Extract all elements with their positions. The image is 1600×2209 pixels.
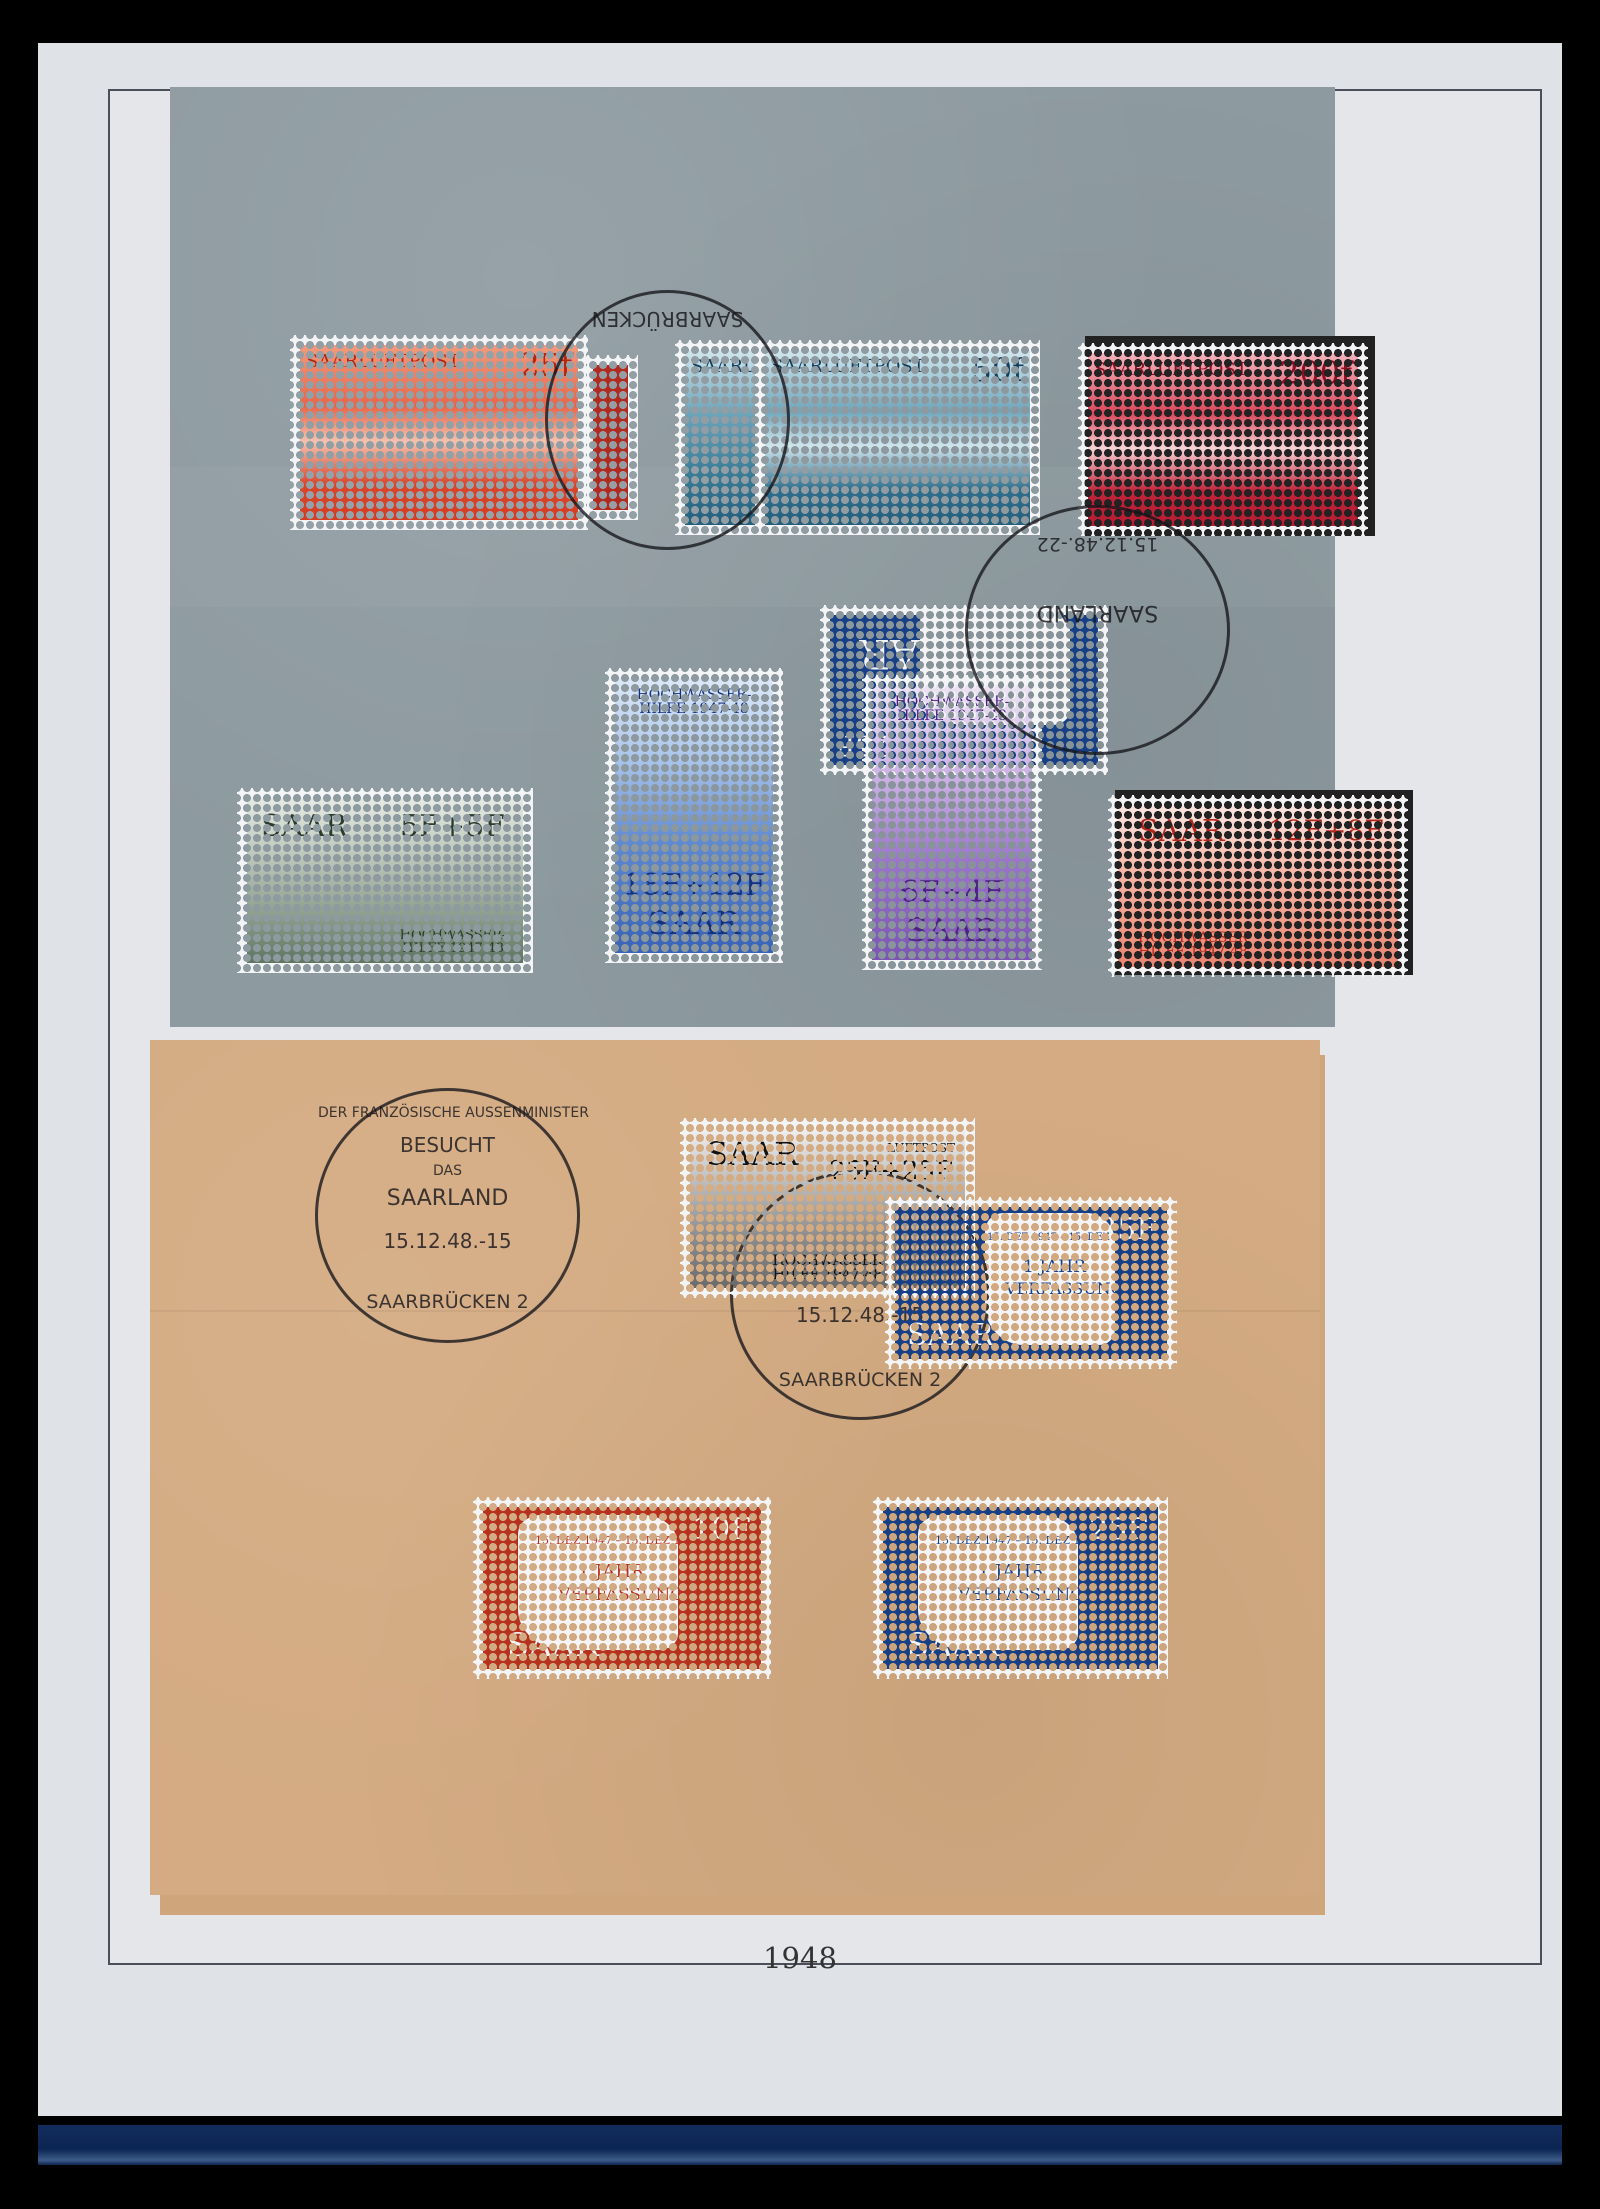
- page-year-label: 1948: [38, 1941, 1562, 1975]
- stamp-airmail-25f[interactable]: SAARLUFTPOST 25f: [290, 335, 588, 530]
- stamp-hochwasser-5f[interactable]: SAAR 5F+5F HOCHWASSER-HILFE 1947-48: [237, 788, 533, 973]
- stamp-verfassung-10f[interactable]: 15. DEZ 1947 – 15. DEZ 1948 1 JAHR VERFA…: [473, 1497, 771, 1679]
- stamp-hochwasser-18f[interactable]: HOCHWASSER-HILFE 1947-48 18F+12F SAAR: [605, 668, 783, 963]
- postmark-aussenminister-left: DER FRANZÖSISCHE AUSSENMINISTER BESUCHT …: [315, 1088, 580, 1343]
- postmark-aussenminister-grey: 15.12.48.-22 SAARLAND: [965, 505, 1230, 755]
- stamp-verfassung-25f-bottom[interactable]: 15. DEZ 1947 – 15. DEZ 1948 1 JAHR VERFA…: [873, 1497, 1168, 1679]
- stamp-verfassung-25f-top[interactable]: 15. DEZ 1947 – 15. DEZ 1948 1 JAHR VERFA…: [885, 1197, 1177, 1369]
- stamp-airmail-50f[interactable]: SAARLUFTPOST 50f: [755, 340, 1040, 535]
- binder-strip: [38, 2125, 1562, 2165]
- stamp-hochwasser-12f[interactable]: SAAR 12F+8F HOCHWASSER HILFE 1947-48: [1108, 795, 1408, 977]
- postmark-saarbruecken-top: SAARBRÜCKEN: [545, 290, 790, 550]
